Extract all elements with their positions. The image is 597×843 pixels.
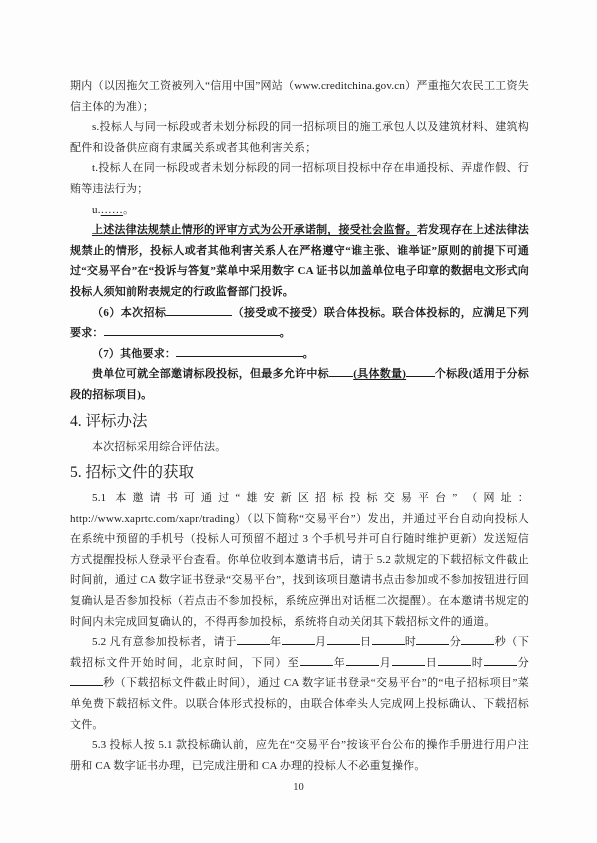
blank-field	[329, 366, 353, 377]
text-run: 期内（以因拖欠工资被列入“信用中国”网站（www.creditchina.gov…	[70, 80, 529, 113]
text-run: 秒（下载招标文件截止时间），通过 CA 数字证书登录“交易平台”的“电子招标项目…	[70, 677, 529, 730]
underlined-text: (具体数量)	[353, 368, 406, 380]
blank-field	[406, 366, 435, 377]
underlined-text: 上述法律法规禁止情形的评审方式为公开承诺制，接受社会监督。	[92, 224, 417, 236]
paragraph: s.投标人与同一标段或者未划分标段的同一招标项目的施工承包人以及建筑材料、建筑构…	[70, 117, 529, 158]
text-run: s.投标人与同一标段或者未划分标段的同一招标项目的施工承包人以及建筑材料、建筑构…	[70, 121, 529, 154]
blank-field	[300, 655, 333, 666]
text-run: 5.3 投标人按 5.1 款投标确认前，应先在“交易平台”按该平台公布的操作手册…	[70, 739, 529, 772]
text-run: 。	[280, 327, 291, 339]
text-run: 5.2 凡有意参加投标者，请于	[92, 636, 237, 648]
blank-field	[484, 655, 517, 666]
underlined-text: ……	[101, 204, 123, 216]
paragraph: （7）其他要求：。	[70, 344, 529, 365]
blank-field	[392, 655, 425, 666]
paragraph: 5.1 本邀请书可通过“雄安新区招标投标交易平台” （网址：http://www…	[70, 488, 529, 632]
blank-field	[438, 655, 471, 666]
text-run: 贵单位可就全部邀请标段投标，但最多允许中标	[92, 368, 329, 380]
text-run: 月	[379, 657, 392, 669]
paragraph: u.……。	[70, 200, 529, 221]
blank-field	[237, 634, 270, 645]
paragraph: 期内（以因拖欠工资被列入“信用中国”网站（www.creditchina.gov…	[70, 76, 529, 117]
blank-field	[416, 634, 449, 645]
blank-field	[372, 634, 405, 645]
text-run: 5.1 本邀请书可通过“雄安新区招标投标交易平台” （网址：http://www…	[70, 492, 529, 628]
document-page: 期内（以因拖欠工资被列入“信用中国”网站（www.creditchina.gov…	[0, 0, 597, 843]
blank-field	[104, 325, 280, 336]
page-number: 10	[0, 782, 597, 793]
section-heading: 5. 招标文件的获取	[70, 462, 529, 484]
blank-field	[166, 305, 232, 316]
paragraph: 5.2 凡有意参加投标者，请于年月日时分秒（下载招标文件开始时间，北京时间，下同…	[70, 632, 529, 735]
text-run: t.投标人在同一标段或者未划分标段的同一招标项目投标中存在串通投标、弄虚作假、行…	[70, 162, 529, 195]
text-run: 月	[315, 636, 327, 648]
section-heading: 4. 评标办法	[70, 411, 529, 433]
text-run: 年	[270, 636, 282, 648]
paragraph: 贵单位可就全部邀请标段投标，但最多允许中标(具体数量)个标段(适用于分标段的招标…	[70, 364, 529, 405]
blank-field	[327, 634, 360, 645]
text-run: 5. 招标文件的获取	[70, 464, 194, 481]
blank-field	[461, 634, 494, 645]
text-run: u.	[92, 204, 101, 216]
text-run: 分	[517, 657, 529, 669]
text-run: 。	[123, 204, 134, 216]
text-run: 时	[471, 657, 484, 669]
text-run: 年	[333, 657, 346, 669]
blank-field	[346, 655, 379, 666]
document-body: 期内（以因拖欠工资被列入“信用中国”网站（www.creditchina.gov…	[70, 76, 529, 776]
text-run: 本次招标采用综合评估法。	[92, 441, 226, 453]
text-run: （6）本次招标	[92, 307, 166, 319]
text-run: 日	[360, 636, 372, 648]
paragraph: （6）本次招标（接受或不接受）联合体投标。联合体投标的，应满足下列要求：。	[70, 303, 529, 344]
text-run: 分	[449, 636, 461, 648]
paragraph: 本次招标采用综合评估法。	[70, 437, 529, 458]
blank-field	[176, 346, 303, 357]
text-run: 时	[405, 636, 417, 648]
paragraph: 上述法律法规禁止情形的评审方式为公开承诺制，接受社会监督。若发现存在上述法律法规…	[70, 220, 529, 302]
text-run: 。	[303, 348, 314, 360]
blank-field	[70, 675, 103, 686]
paragraph: t.投标人在同一标段或者未划分标段的同一招标项目投标中存在串通投标、弄虚作假、行…	[70, 158, 529, 199]
blank-field	[282, 634, 315, 645]
text-run: （7）其他要求：	[92, 348, 176, 360]
text-run: 日	[425, 657, 438, 669]
paragraph: 5.3 投标人按 5.1 款投标确认前，应先在“交易平台”按该平台公布的操作手册…	[70, 735, 529, 776]
text-run: 4. 评标办法	[70, 413, 148, 430]
